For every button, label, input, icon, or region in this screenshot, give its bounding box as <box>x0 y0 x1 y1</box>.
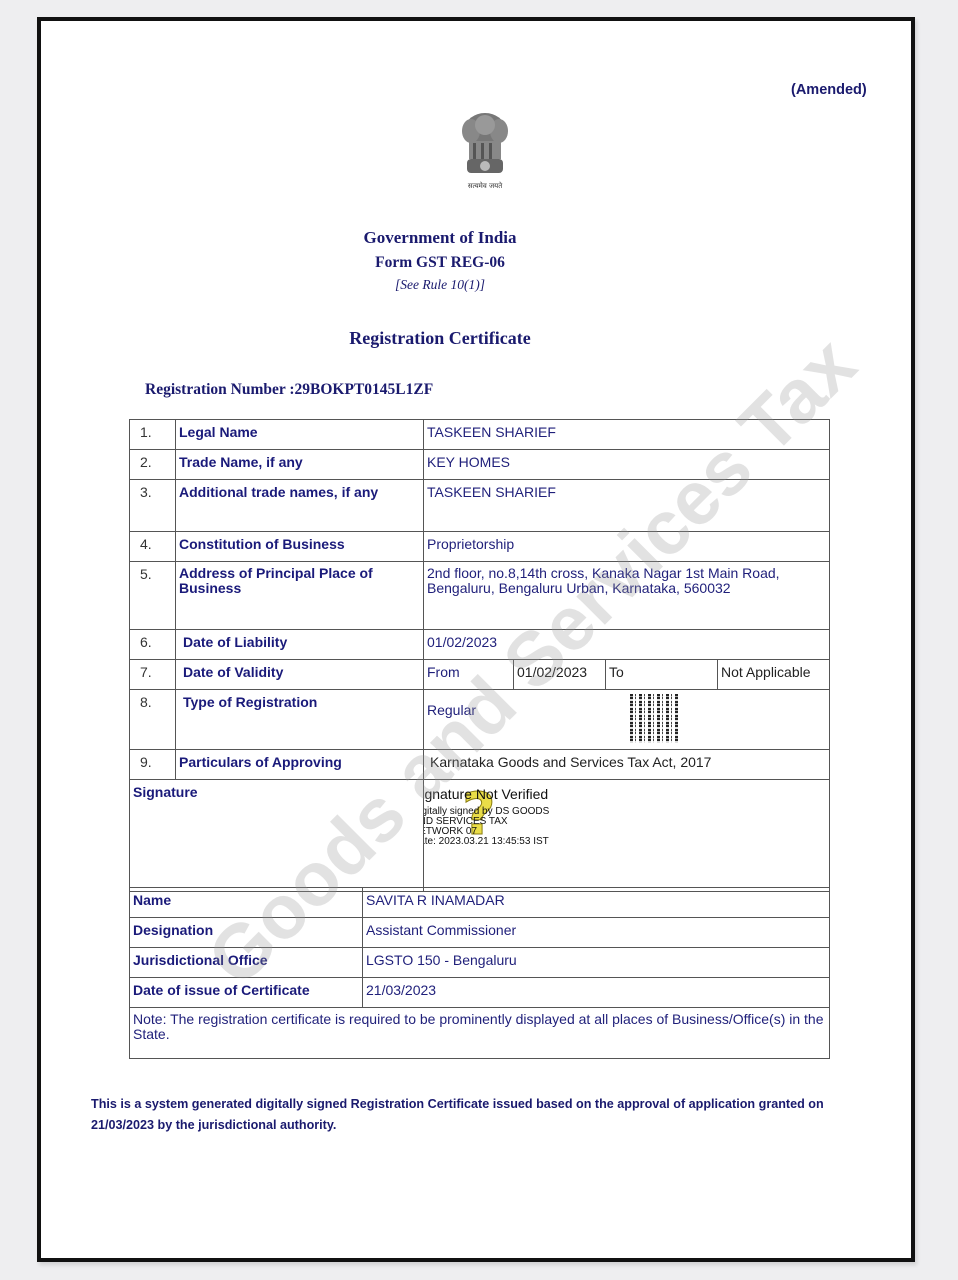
certificate-title: Registration Certificate <box>1 328 879 349</box>
signature-status: Signature Not Verified <box>424 786 633 802</box>
certificate-page: (Amended) सत्यमेव जयते Government of Ind… <box>37 17 915 1262</box>
constitution-value: Proprietorship <box>424 532 830 562</box>
row-number: 4. <box>130 532 176 562</box>
row-label: Type of Registration <box>176 690 424 750</box>
registration-type-cell: Regular <box>424 690 830 750</box>
signature-date: Date: 2023.03.21 13:45:53 IST <box>424 837 633 847</box>
validity-to-label: To <box>606 660 718 690</box>
officer-details-table: Name SAVITA R INAMADAR Designation Assis… <box>129 887 830 1059</box>
legal-name-value: TASKEEN SHARIEF <box>424 420 830 450</box>
address-value: 2nd floor, no.8,14th cross, Kanaka Nagar… <box>424 562 830 630</box>
issue-date-label: Date of issue of Certificate <box>130 978 363 1008</box>
table-row: 3. Additional trade names, if any TASKEE… <box>130 480 830 532</box>
form-heading: Form GST REG-06 <box>1 254 879 272</box>
table-row: 5. Address of Principal Place of Busines… <box>130 562 830 630</box>
issue-date-value: 21/03/2023 <box>363 978 830 1008</box>
table-row: Date of issue of Certificate 21/03/2023 <box>130 978 830 1008</box>
government-heading: Government of India <box>1 228 879 248</box>
amended-label: (Amended) <box>791 82 867 98</box>
table-row: Designation Assistant Commissioner <box>130 918 830 948</box>
digital-signature-stamp: ? Signature Not Verified Digitally signe… <box>424 786 633 847</box>
row-number: 7. <box>130 660 176 690</box>
validity-from-value: 01/02/2023 <box>514 660 606 690</box>
signature-label: Signature <box>130 780 424 892</box>
table-row: Name SAVITA R INAMADAR <box>130 888 830 918</box>
additional-trade-names-value: TASKEEN SHARIEF <box>424 480 830 532</box>
registration-number: Registration Number :29BOKPT0145L1ZF <box>145 381 433 399</box>
table-row: Jurisdictional Office LGSTO 150 - Bengal… <box>130 948 830 978</box>
note-row: Note: The registration certificate is re… <box>130 1008 830 1059</box>
qr-code-icon <box>630 694 679 743</box>
row-number: 6. <box>130 630 176 660</box>
jurisdictional-office-label: Jurisdictional Office <box>130 948 363 978</box>
registration-type-value: Regular <box>427 694 826 718</box>
table-row: 2. Trade Name, if any KEY HOMES <box>130 450 830 480</box>
row-label: Particulars of Approving <box>176 750 424 780</box>
approving-act-value: Karnataka Goods and Services Tax Act, 20… <box>424 750 830 780</box>
trade-name-value: KEY HOMES <box>424 450 830 480</box>
row-label: Address of Principal Place of Business <box>176 562 424 630</box>
row-label: Date of Validity <box>176 660 424 690</box>
row-number: 5. <box>130 562 176 630</box>
registration-number-value: 29BOKPT0145L1ZF <box>295 381 434 398</box>
designation-value: Assistant Commissioner <box>363 918 830 948</box>
table-row: 6. Date of Liability 01/02/2023 <box>130 630 830 660</box>
officer-name-value: SAVITA R INAMADAR <box>363 888 830 918</box>
row-number: 3. <box>130 480 176 532</box>
jurisdictional-office-value: LGSTO 150 - Bengaluru <box>363 948 830 978</box>
row-number: 1. <box>130 420 176 450</box>
table-row: 8. Type of Registration Regular <box>130 690 830 750</box>
row-label: Additional trade names, if any <box>176 480 424 532</box>
validity-from-label: From <box>424 660 514 690</box>
row-label: Trade Name, if any <box>176 450 424 480</box>
table-row: 7. Date of Validity From 01/02/2023 To N… <box>130 660 830 690</box>
signature-row: Signature ? Signature Not Verified Digit… <box>130 780 830 892</box>
designation-label: Designation <box>130 918 363 948</box>
rule-reference: [See Rule 10(1)] <box>1 277 879 293</box>
national-emblem-icon: सत्यमेव जयते <box>453 107 517 193</box>
row-label: Legal Name <box>176 420 424 450</box>
row-number: 9. <box>130 750 176 780</box>
row-number: 8. <box>130 690 176 750</box>
registration-number-label: Registration Number : <box>145 381 295 398</box>
row-label: Constitution of Business <box>176 532 424 562</box>
display-note: Note: The registration certificate is re… <box>130 1008 830 1059</box>
row-label: Date of Liability <box>176 630 424 660</box>
liability-date-value: 01/02/2023 <box>424 630 830 660</box>
row-number: 2. <box>130 450 176 480</box>
validity-to-value: Not Applicable <box>718 660 830 690</box>
signature-cell: ? Signature Not Verified Digitally signe… <box>424 780 830 892</box>
table-row: 9. Particulars of Approving Karnataka Go… <box>130 750 830 780</box>
svg-text:सत्यमेव जयते: सत्यमेव जयते <box>468 181 503 190</box>
table-row: 1. Legal Name TASKEEN SHARIEF <box>130 420 830 450</box>
registration-details-table: 1. Legal Name TASKEEN SHARIEF 2. Trade N… <box>129 419 830 892</box>
system-generated-footer: This is a system generated digitally sig… <box>91 1094 871 1136</box>
officer-name-label: Name <box>130 888 363 918</box>
table-row: 4. Constitution of Business Proprietorsh… <box>130 532 830 562</box>
